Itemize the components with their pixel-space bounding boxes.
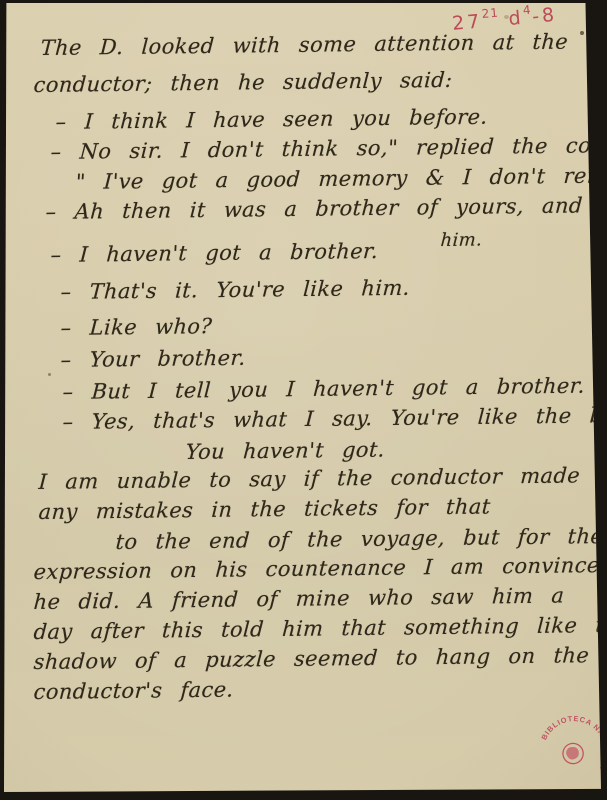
manuscript-line: – Like who? (60, 314, 213, 340)
manuscript-page: 2721 d4-8 The D. looked with some attent… (4, 3, 601, 792)
catalog-mark-superscript: 4 (522, 3, 532, 17)
manuscript-line: – I haven't got a brother. (50, 239, 379, 267)
manuscript-line: I am unable to say if the conductor made (38, 463, 581, 494)
catalog-mark-part: d (508, 7, 525, 30)
manuscript-line: You haven't got. (185, 438, 386, 464)
paper-stain (504, 15, 509, 19)
manuscript-line: – Ah then it was a brother of yours, and… (45, 192, 601, 224)
manuscript-line: – Yes, that's what I say. You're like th… (62, 403, 601, 434)
manuscript-line: – Your brother. (60, 346, 246, 372)
manuscript-line: shadow of a puzzle seemed to hang on the (33, 643, 590, 674)
manuscript-line: The D. looked with some attention at the (40, 30, 569, 60)
manuscript-line: – I think I have seen you before. (55, 105, 488, 134)
manuscript-line: – That's it. You're like him. (60, 276, 411, 304)
catalog-mark-part: -8 (531, 4, 558, 28)
manuscript-line: " I've got a good memory & I don't remem… (75, 162, 601, 194)
paper-stain (48, 373, 51, 376)
manuscript-line: conductor's face. (33, 678, 234, 704)
manuscript-line: him. (440, 229, 483, 251)
manuscript-line: conductor; then he suddenly said: (33, 68, 453, 97)
paper-stain (580, 31, 584, 35)
manuscript-line: day after this told him that something l… (33, 613, 601, 644)
manuscript-line: any mistakes in the tickets for that (38, 494, 491, 524)
manuscript-line: – But I tell you I haven't got a brother… (62, 374, 586, 404)
manuscript-line: to the end of the voyage, but for the (115, 524, 601, 554)
scan-backdrop: 2721 d4-8 The D. looked with some attent… (0, 0, 607, 800)
stamp-text: BIBLIOTECA NACIONAL (539, 701, 601, 773)
library-stamp: BIBLIOTECA NACIONAL (523, 695, 601, 792)
catalog-mark-superscript: 21 (481, 5, 499, 20)
stamp-emblem-figure (564, 744, 581, 761)
manuscript-line: expression on his countenance I am convi… (33, 552, 601, 584)
manuscript-line: he did. A friend of mine who saw him a (33, 583, 565, 614)
manuscript-line: – No sir. I don't think so," replied the… (50, 132, 601, 164)
